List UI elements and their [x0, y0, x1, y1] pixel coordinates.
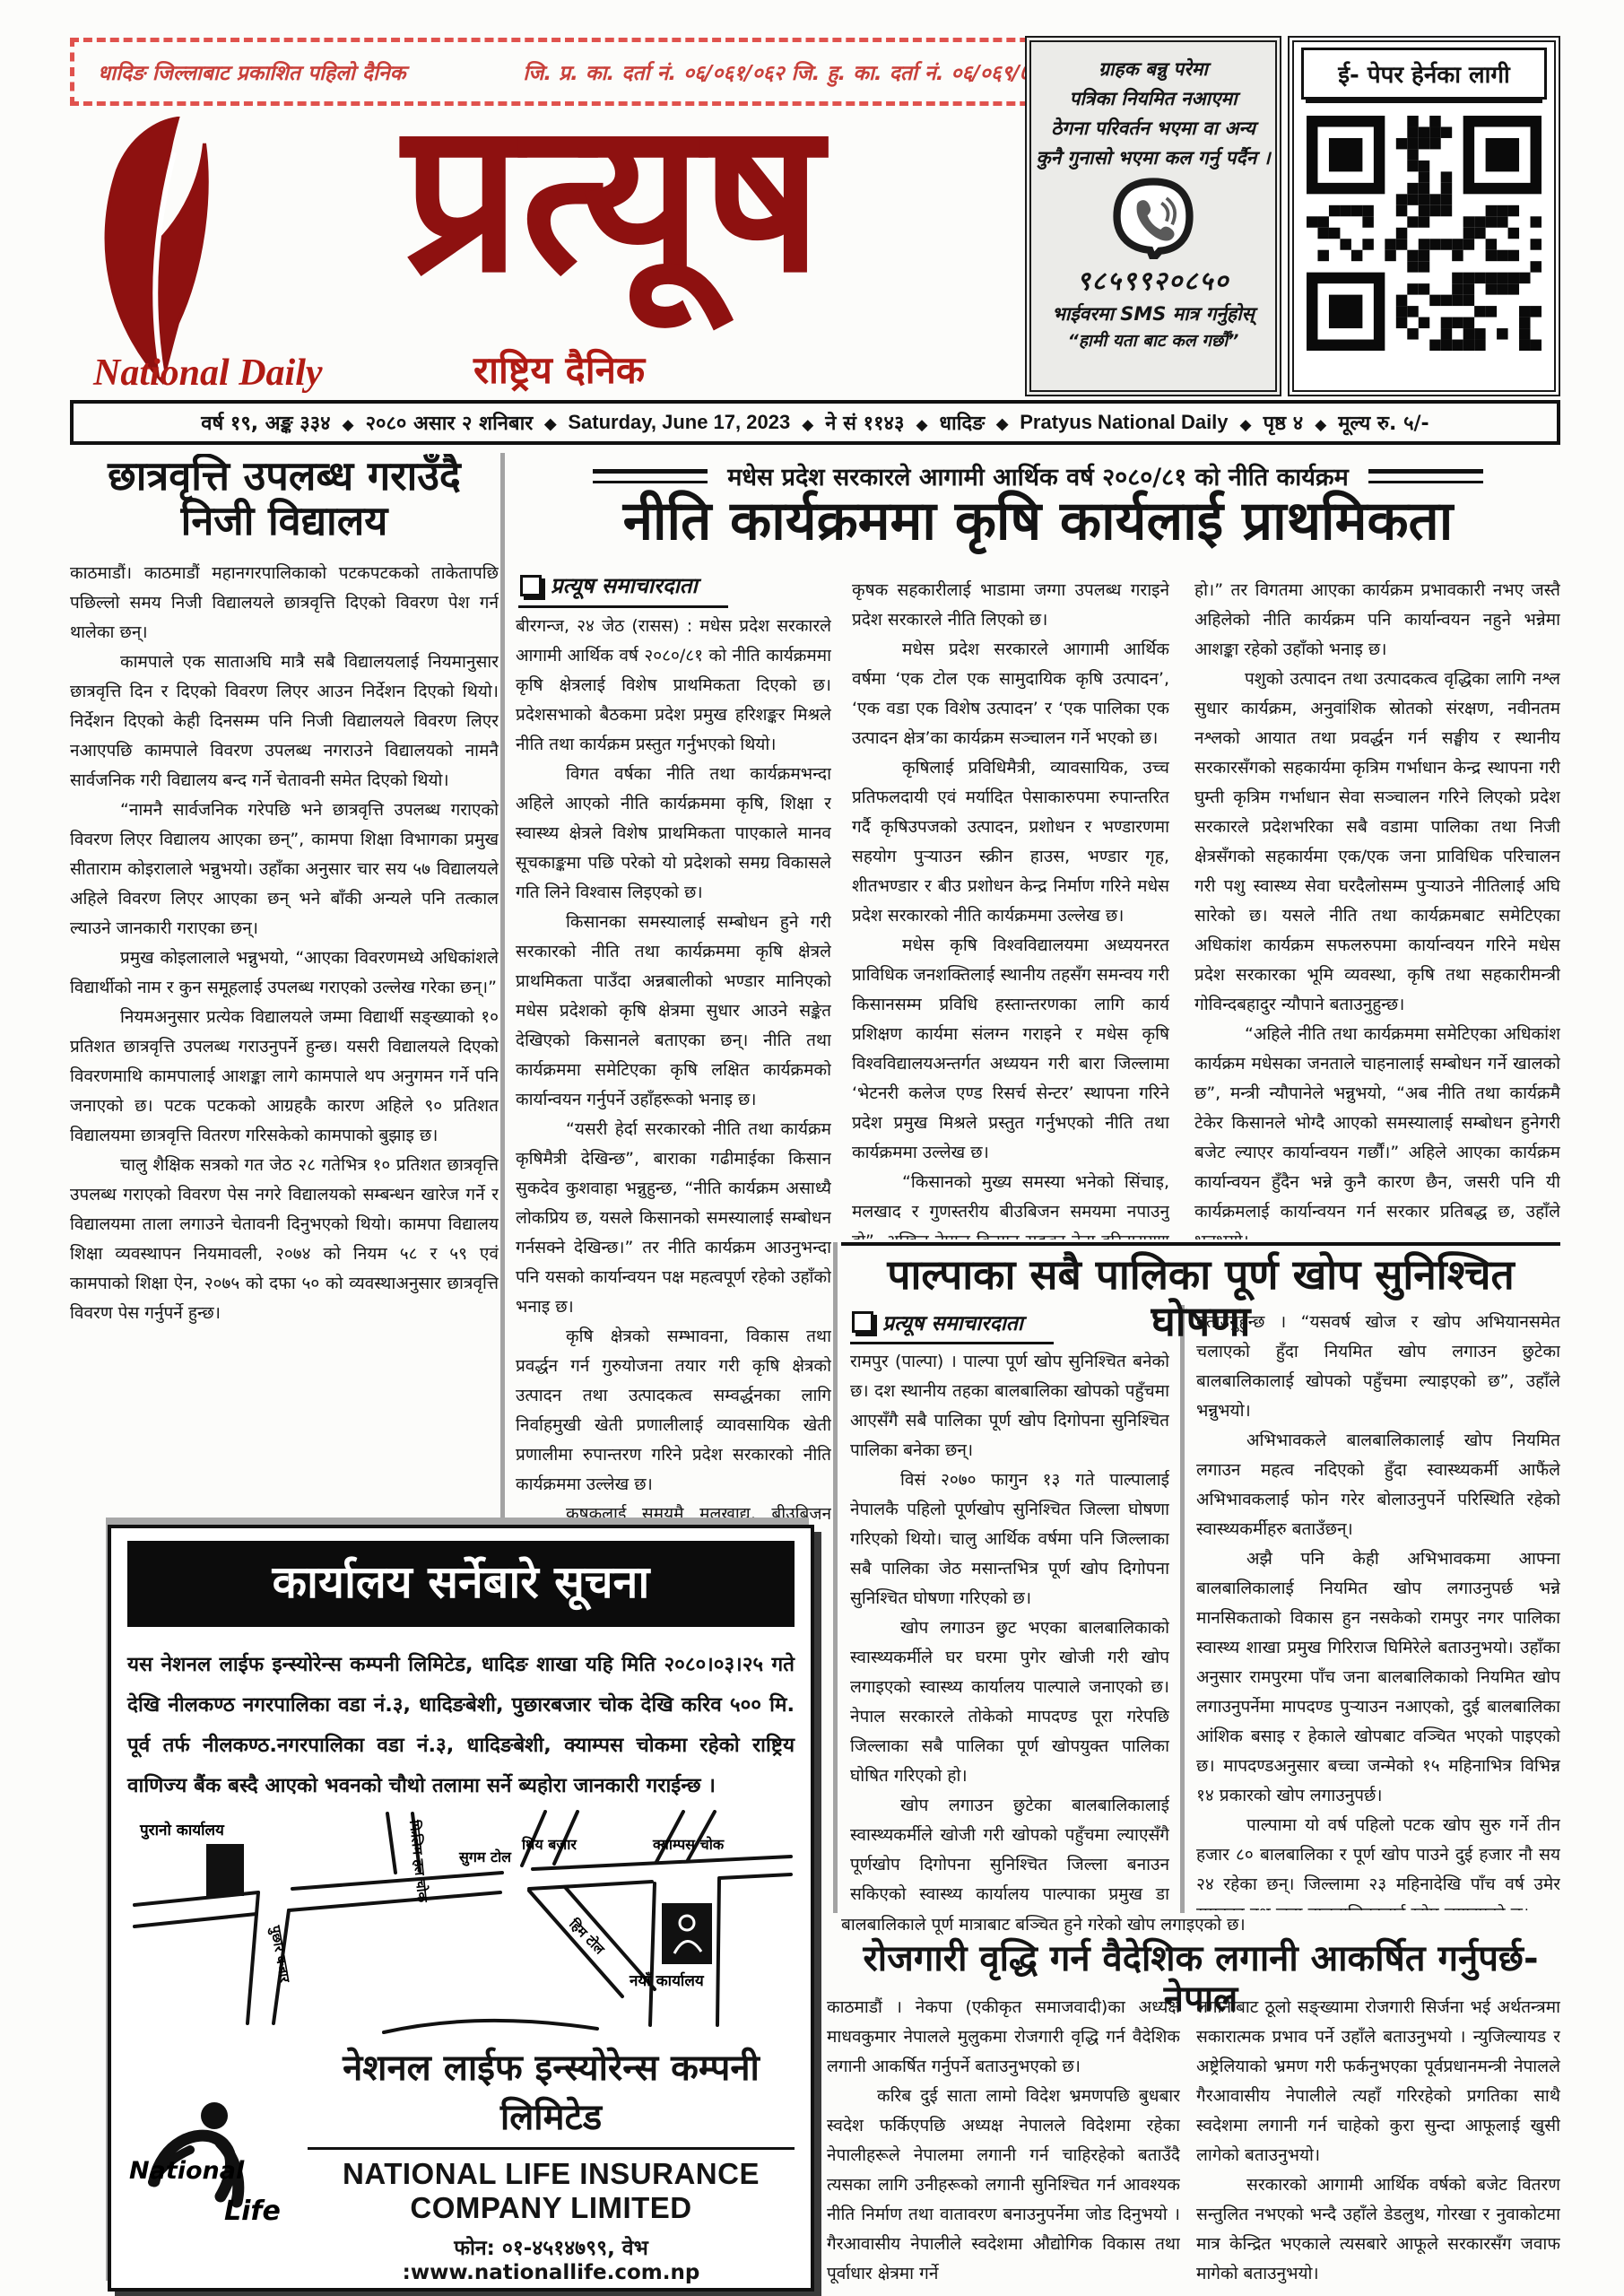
khop-col-1: रामपुर (पाल्पा) । पाल्पा पूर्ण खोप सुनिश… — [850, 1347, 1169, 1909]
khop-top-rule — [841, 1242, 1560, 1246]
column-divider — [833, 1242, 838, 1913]
contact-line-1: ग्राहक बन्नु परेमा — [1099, 55, 1208, 84]
column-divider — [1180, 1305, 1185, 1913]
kicker-rule-left — [593, 469, 708, 483]
rojgari-col-2: लगानीबाट ठूलो सङ्ख्यामा रोजगारी सिर्जना … — [1196, 1993, 1560, 2289]
tagline-english: National Daily — [93, 352, 323, 395]
company-contact-line: फोन: ०१-४५१४७९९, वेभ :www.nationallife.c… — [308, 2232, 795, 2284]
map-label-thiya-bazar: थिय बजार — [521, 1836, 578, 1853]
nepali-date: २०८० असार २ शनिबार — [331, 409, 534, 436]
national-life-logo-strip: National Life नेशनल लाईफ इन्स्योरेन्स कम… — [127, 2041, 795, 2284]
khop-byline: प्रत्यूष समाचारदाता — [850, 1308, 1054, 1344]
khop-overflow-line: बालबालिकाले पूर्ण मात्राबाट बञ्चित हुने … — [841, 1912, 1487, 1935]
main-story-col-c: हो।” तर विगतमा आएका कार्यक्रम प्रभावकारी… — [1194, 576, 1560, 1239]
scholarship-body: काठमाडौं। काठमाडौं महानगरपालिकाको पटकपटक… — [70, 559, 499, 1328]
scholarship-article: छात्रवृत्ति उपलब्ध गराउँदै निजी विद्यालय… — [70, 454, 499, 1519]
notice-body: यस नेशनल लाईफ इन्स्योरेन्स कम्पनी लिमिटे… — [127, 1645, 795, 1806]
office-notice-ad: कार्यालय सर्नेबारे सूचना यस नेशनल लाईफ इ… — [108, 1525, 814, 2292]
price: मूल्य रु. ५/- — [1303, 409, 1429, 436]
epaper-box: ई- पेपर हेर्नका लागी — [1288, 36, 1560, 396]
map-label-pucchar-bazar: पुछार बजार — [266, 1924, 293, 1985]
map-label-old-office: पुरानो कार्यालय — [139, 1821, 225, 1839]
byline-square-icon — [852, 1311, 873, 1333]
callback-quote: “हामी यता बाट कल गर्छौं” — [1068, 328, 1239, 352]
company-name-english: NATIONAL LIFE INSURANCE COMPANY LIMITED — [308, 2157, 795, 2225]
viber-phone-number: ९८५९९२०८५० — [1077, 263, 1230, 298]
qr-code — [1307, 116, 1541, 351]
tagline-nepali: राष्ट्रिय दैनिक — [473, 344, 645, 395]
main-story-col-b: कृषक सहकारीलाई भाडामा जग्गा उपलब्ध गराइन… — [852, 576, 1169, 1239]
khop-col-2: बताउनुहुन्छ । “यसवर्ष खोज र खोप अभियानसम… — [1196, 1308, 1560, 1910]
map-label-new-office: नयाँ कार्यालय — [629, 1971, 705, 1990]
contact-box: ग्राहक बन्नु परेमा पत्रिका नियमित नआएमा … — [1025, 36, 1281, 396]
viber-phone-icon — [1112, 177, 1194, 259]
main-kicker-row: मधेस प्रदेश सरकारले आगामी आर्थिक वर्ष २०… — [516, 459, 1560, 492]
map-label-sugam-tol: सुगम टोल — [458, 1848, 512, 1866]
sms-note: भाईवरमा SMS मात्र गर्नुहोस् — [1052, 301, 1255, 326]
nepal-sambat: ने सं ११४३ — [790, 409, 904, 436]
contact-line-4: कुनै गुनासो भएमा कल गर्नु पर्दैन । — [1036, 143, 1270, 173]
paper-name-english: Pratyus National Daily — [985, 411, 1228, 434]
newspaper-page: धादिङ जिल्लाबाट प्रकाशित पहिलो दैनिक जि.… — [0, 0, 1624, 2296]
contact-line-3: ठेगना परिवर्तन भएमा वा अन्य — [1051, 114, 1255, 143]
svg-text:Life: Life — [224, 2196, 281, 2227]
edition-volume: वर्ष १९, अङ्क ३३४ — [201, 409, 330, 436]
date-bar: वर्ष १९, अङ्क ३३४ २०८० असार २ शनिबार Sat… — [70, 400, 1560, 445]
contact-line-2: पत्रिका नियमित नआएमा — [1069, 84, 1237, 114]
byline-square-icon — [520, 575, 542, 596]
main-kicker: मधेस प्रदेश सरकारले आगामी आर्थिक वर्ष २०… — [727, 459, 1349, 492]
page-count: पृष्ठ ४ — [1229, 409, 1304, 436]
newspaper-logo: प्रत्यूष — [209, 75, 1016, 321]
english-date: Saturday, June 17, 2023 — [533, 411, 790, 434]
rojgari-col-1: काठमाडौं । नेकपा (एकीकृत समाजवादी)का अध्… — [827, 1993, 1180, 2289]
svg-text:National: National — [129, 2157, 245, 2185]
kicker-rule-right — [1368, 469, 1483, 483]
national-life-logo: National Life — [127, 2096, 293, 2231]
main-byline: प्रत्यूष समाचारदाता — [518, 570, 728, 608]
masthead: प्रत्यूष National Daily राष्ट्रिय दैनिक — [70, 100, 1017, 396]
map-label-campus-chowk: क्याम्पस चोक — [652, 1836, 725, 1853]
notice-title: कार्यालय सर्नेबारे सूचना — [127, 1541, 795, 1627]
map-label-film-hall-chowk: फिलिम हल चोक — [406, 1819, 431, 1905]
scholarship-headline: छात्रवृत्ति उपलब्ध गराउँदै निजी विद्यालय — [70, 454, 499, 544]
epaper-title: ई- पेपर हेर्नका लागी — [1301, 48, 1547, 100]
location-map: पुरानो कार्यालय नयाँ कार्यालय पुछार बजार… — [127, 1810, 798, 2036]
column-divider — [500, 453, 505, 1520]
company-name-nepali: नेशनल लाईफ इन्स्योरेन्स कम्पनी लिमिटेड — [308, 2041, 795, 2150]
district: धादिङ — [904, 409, 985, 436]
main-headline: नीति कार्यक्रममा कृषि कार्यलाई प्राथमिकत… — [516, 491, 1560, 552]
main-story-col-a: बीरगन्ज, २४ जेठ (रासस) : मधेस प्रदेश सरक… — [516, 612, 831, 1521]
